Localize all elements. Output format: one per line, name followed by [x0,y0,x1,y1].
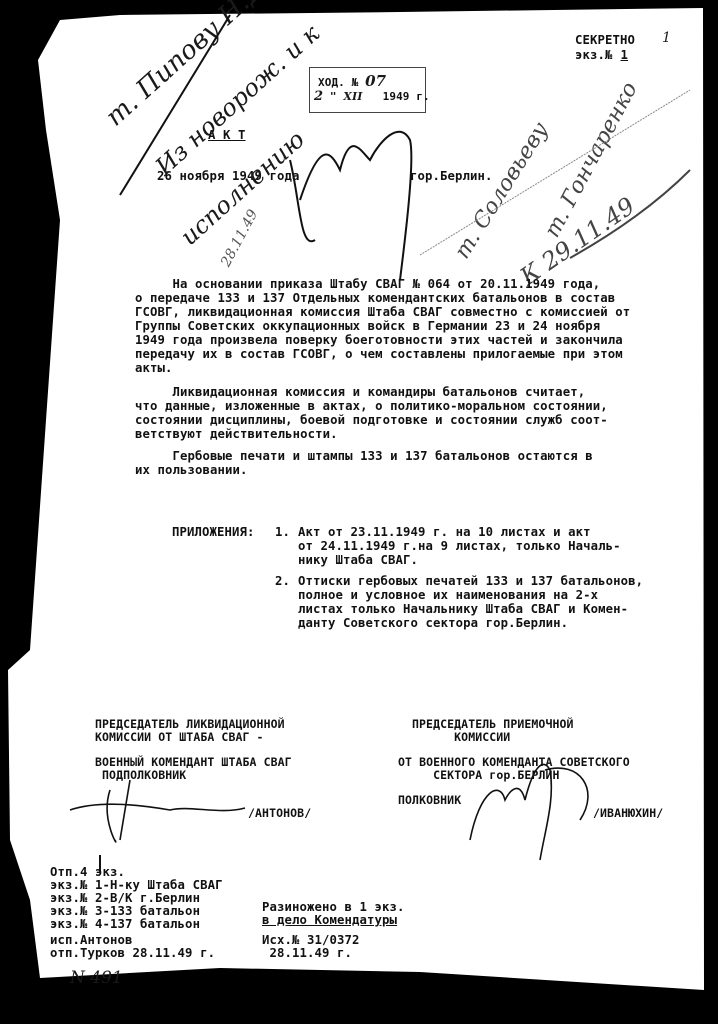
handwritten-archive-number: N 491 [70,968,123,988]
body-line: Гербовые печати и штампы 133 и 137 батал… [135,449,593,463]
body-line: о передаче 133 и 137 Отдельных комендант… [135,291,615,305]
signature-name-left: /АНТОНОВ/ [248,806,311,820]
body-line: передачу их в состав ГСОВГ, о чем состав… [135,347,623,361]
body-line: что данные, изложенные в актах, о полити… [135,399,608,413]
attachment-2-number: 2. [275,574,290,588]
body-line: ГСОВГ, ликвидационная комиссия Штаба СВА… [135,305,630,319]
attachment-line: нику Штаба СВАГ. [298,553,418,567]
stamp-month: XII [343,90,362,103]
copy-number: экз.№1 [575,48,636,62]
signature-title-line: КОМИССИИ ОТ ШТАБА СВАГ - [95,730,264,744]
classification-mark: СЕКРЕТНО [575,33,635,47]
signature-title-line: КОМИССИИ [412,730,510,744]
stamp-label: ХОД. № [318,76,358,89]
attachment-line: от 24.11.1949 г.на 9 листах, только Нача… [298,539,621,553]
document-place: гор.Берлин. [410,169,493,183]
body-line: ветствуют действительности. [135,427,338,441]
body-line: Ликвидационная комиссия и командиры бата… [135,385,585,399]
copy-label: экз.№ [575,48,613,62]
copy-value: 1 [613,48,637,62]
attachment-1-number: 1. [275,525,290,539]
body-line: 1949 года произвела поверку боеготовност… [135,333,623,347]
signature-rank: ПОДПОЛКОВНИК [95,768,186,782]
body-line: состоянии дисциплины, боевой подготовке … [135,413,608,427]
stamp-line-2: 2 " XII 1949 г. [314,90,430,104]
file-note: в дело Комендатуры [262,913,397,927]
registration-stamp: ХОД. № 07 2 " XII 1949 г. [309,67,426,113]
stamp-number: 07 [365,72,386,90]
body-line: Группы Советских оккупационных войск в Г… [135,319,600,333]
stamp-day: 2 [314,89,323,104]
body-line: акты. [135,361,173,375]
attachment-line: Оттиски гербовых печатей 133 и 137 батал… [298,574,643,588]
attachment-line: листах только Начальнику Штаба СВАГ и Ко… [298,602,628,616]
stamp-line-1: ХОД. № 07 [318,74,386,90]
signature-rank: ПОЛКОВНИК [398,793,461,807]
body-line: их пользовании. [135,463,248,477]
attachments-label: ПРИЛОЖЕНИЯ: [172,525,255,539]
stamp-year: 1949 г. [383,90,430,103]
attachment-line: полное и условное их наименования на 2-х [298,588,598,602]
body-line: На основании приказа Штабу СВАГ № 064 от… [135,277,600,291]
attachment-line: данту Советского сектора гор.Берлин. [298,616,568,630]
distribution-line: экз.№ 4-137 батальон [50,917,200,931]
attachment-line: Акт от 23.11.1949 г. на 10 листах и акт [298,525,591,539]
signature-title-line: СЕКТОРА гор.БЕРЛИН [398,768,560,782]
outgoing-date: 28.11.49 г. [262,946,352,960]
signature-name-right: /ИВАНЮХИН/ [593,806,663,820]
page-number: 1 [662,30,671,46]
distribution-line: отп.Турков 28.11.49 г. [50,946,215,960]
